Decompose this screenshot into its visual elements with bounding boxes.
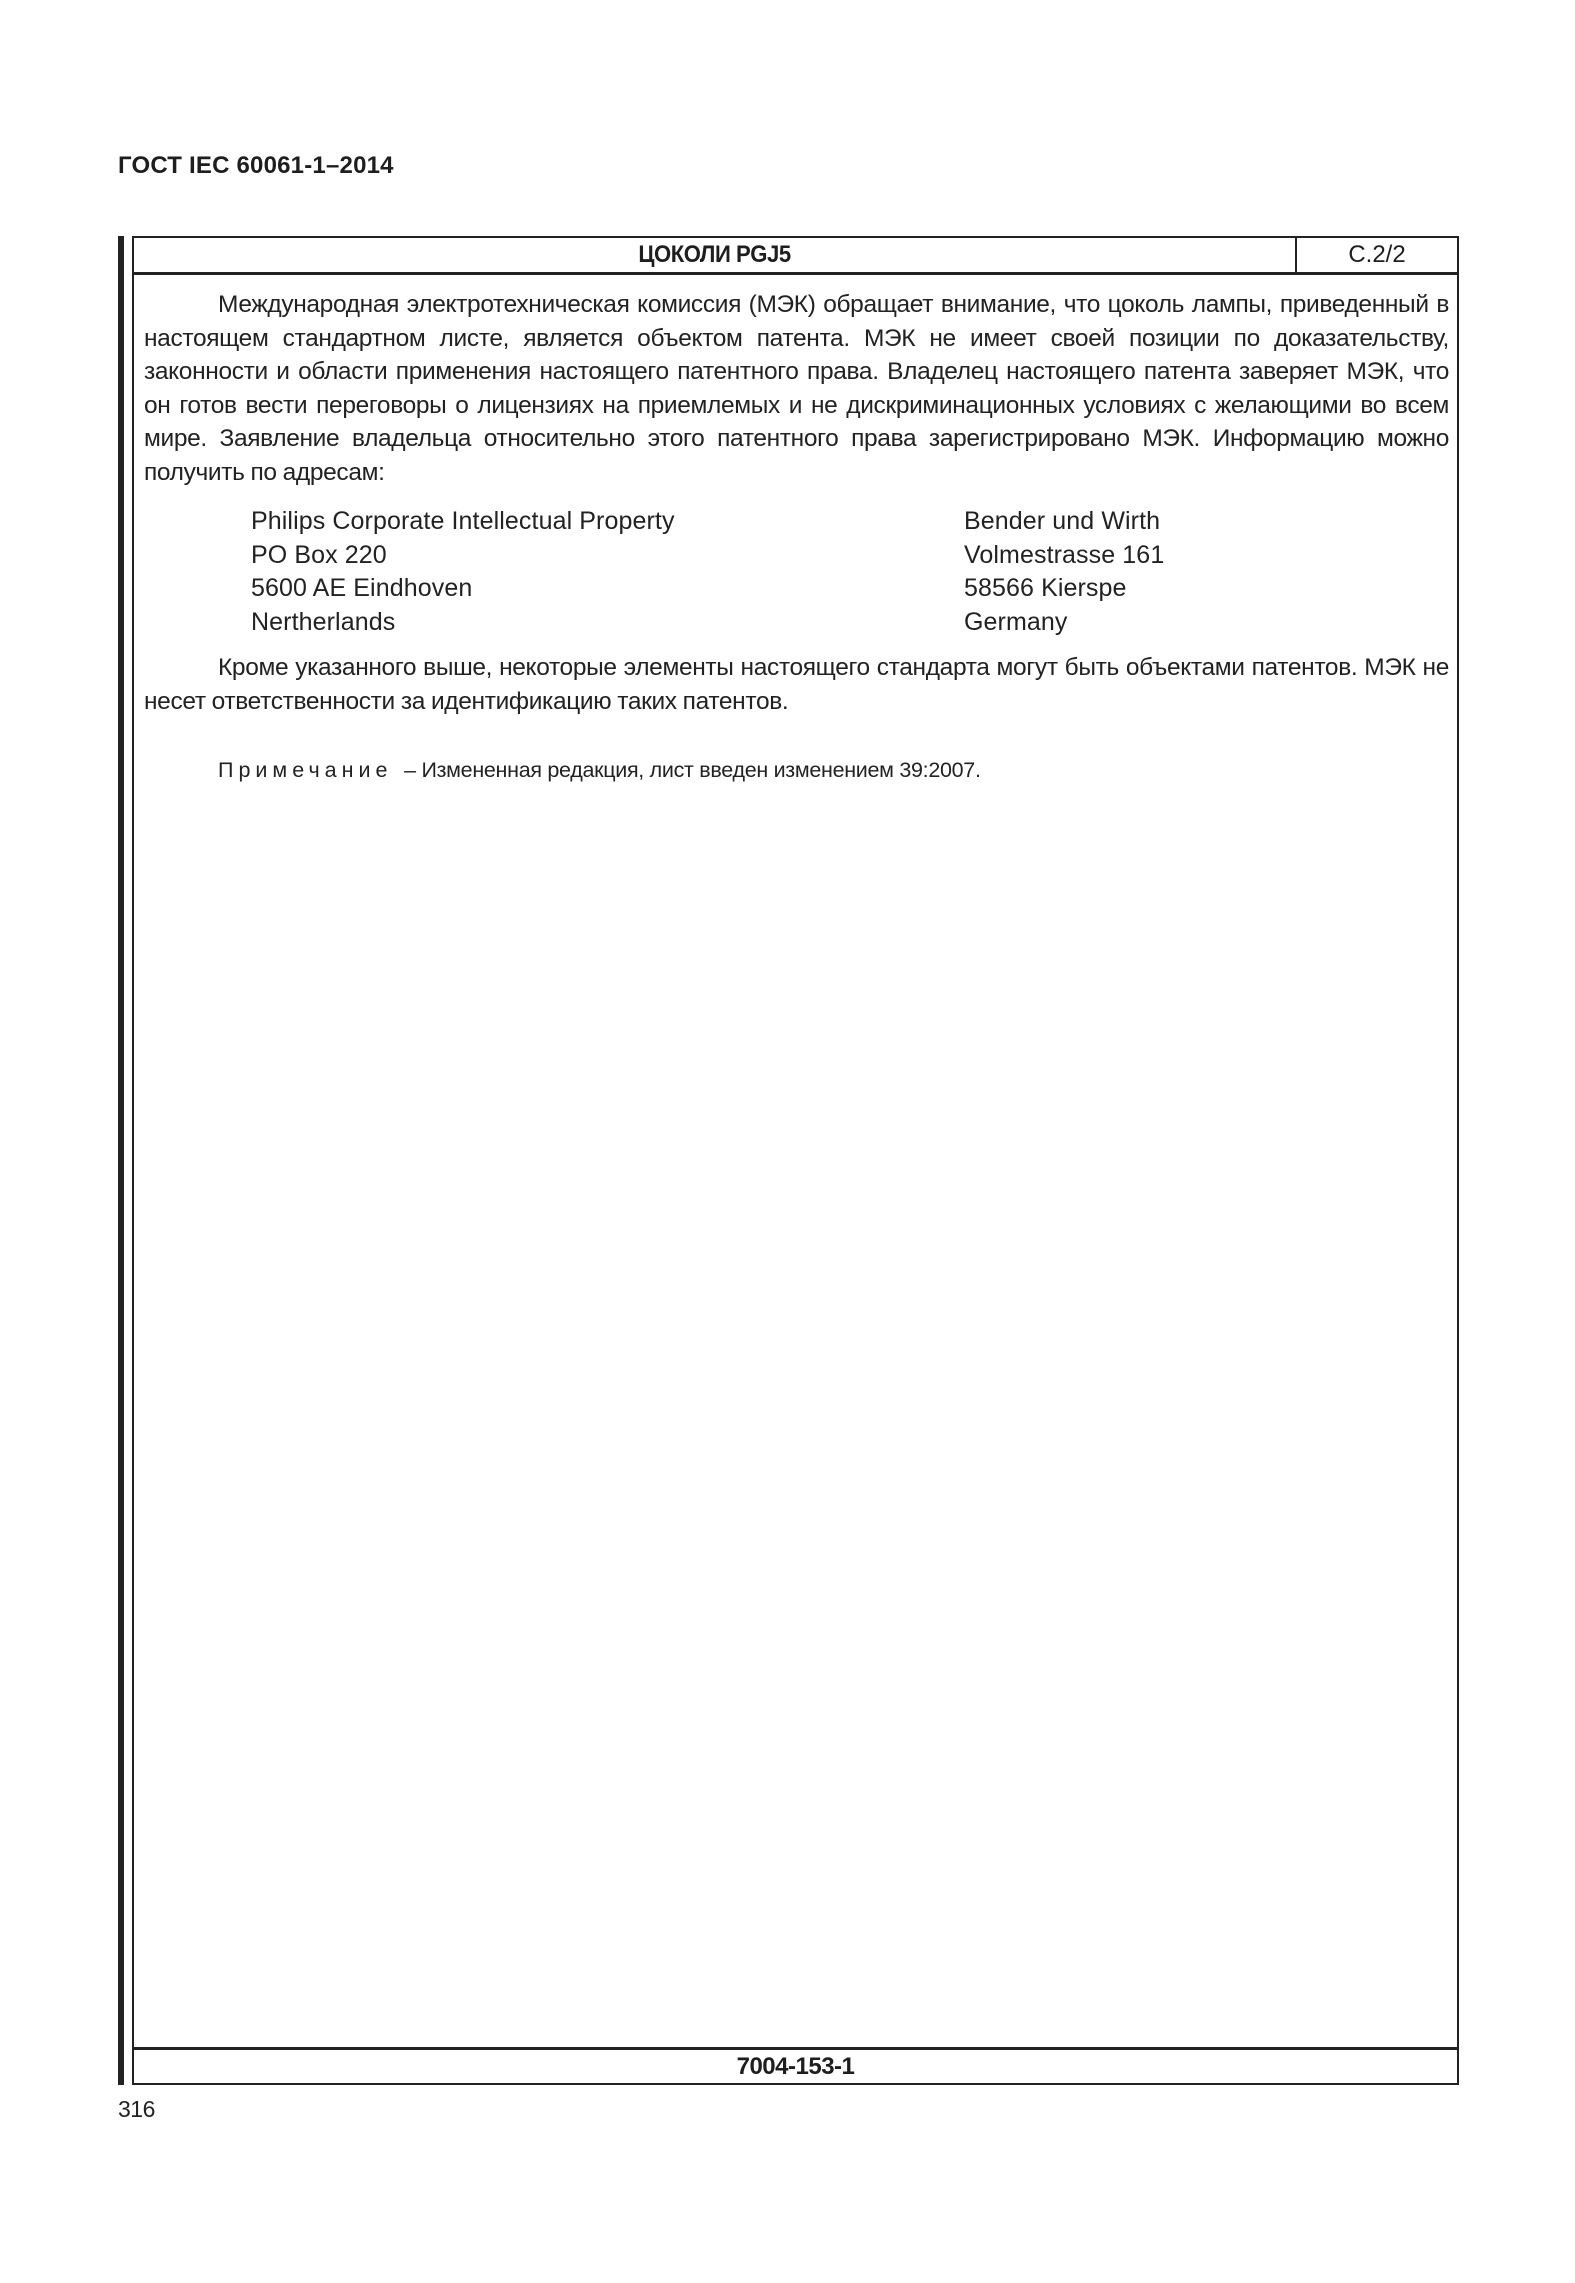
address-line: 58566 Kierspe [964,572,1164,606]
address-bender-und-wirth: Bender und Wirth Volmestrasse 161 58566 … [964,505,1164,639]
address-line: PO Box 220 [251,539,964,573]
patent-disclaimer-paragraph: Кроме указанного выше, некоторые элемент… [144,651,1449,718]
sheet-body: Международная электротехническая комисси… [144,288,1449,785]
address-philips: Philips Corporate Intellectual Property … [251,505,964,639]
standard-sheet-frame: ЦОКОЛИ PGJ5 С.2/2 Международная электрот… [132,236,1459,2085]
note-text: – Измененная редакция, лист введен измен… [404,758,980,782]
note: Примечание – Измененная редакция, лист в… [218,755,1449,785]
address-line: Bender und Wirth [964,505,1164,539]
address-line: Nertherlands [251,606,964,640]
margin-bar [118,236,124,2085]
note-label: Примечание [218,758,392,782]
sheet-code: 7004-153-1 [134,2047,1457,2083]
sheet-header-row: ЦОКОЛИ PGJ5 С.2/2 [134,238,1457,275]
address-line: Volmestrasse 161 [964,539,1164,573]
sheet-reference: С.2/2 [1295,238,1457,272]
address-line: Germany [964,606,1164,640]
standard-id-header: ГОСТ IEC 60061-1–2014 [118,152,394,180]
address-line: 5600 AE Eindhoven [251,572,964,606]
patent-holder-addresses: Philips Corporate Intellectual Property … [144,505,1449,639]
sheet-title: ЦОКОЛИ PGJ5 [180,238,1248,272]
patent-notice-paragraph: Международная электротехническая комисси… [144,288,1449,489]
page-number: 316 [118,2096,155,2123]
address-line: Philips Corporate Intellectual Property [251,505,964,539]
